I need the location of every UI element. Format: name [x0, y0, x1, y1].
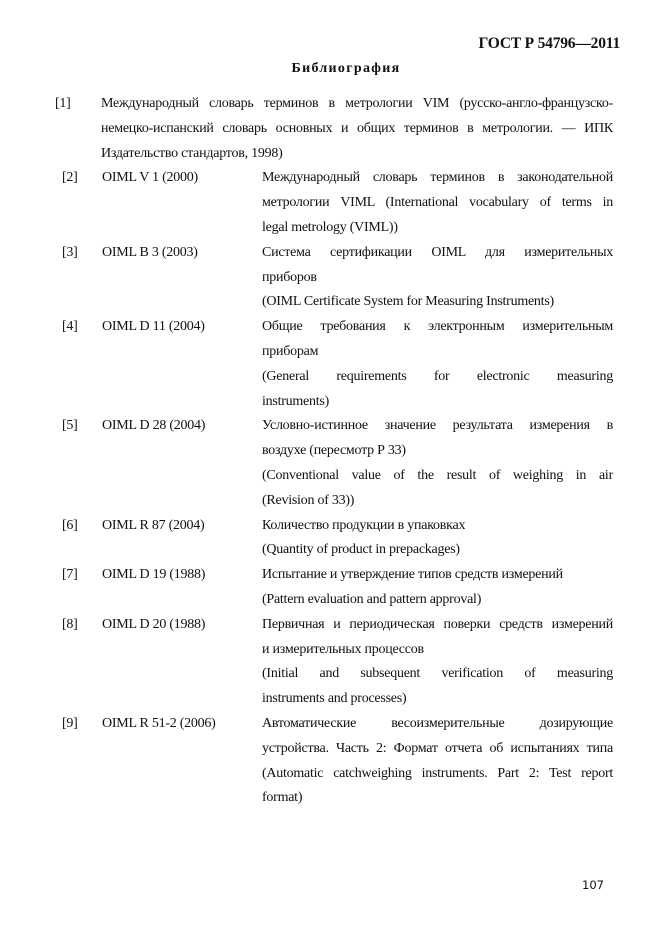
entry-line: (General requirements for electronic mea…	[262, 365, 613, 390]
entry-line: устройства. Часть 2: Формат отчета об ис…	[262, 737, 613, 762]
bibliography-entry: [3]OIML B 3 (2003)Система сертификации O…	[0, 241, 661, 315]
entry-code: OIML D 19 (1988)	[102, 563, 205, 588]
entry-line: (Pattern evaluation and pattern approval…	[262, 588, 613, 613]
entry-line: Международный словарь терминов в метроло…	[101, 92, 613, 117]
bibliography-entry: [6]OIML R 87 (2004)Количество продукции …	[0, 514, 661, 564]
entry-number: [2]	[62, 166, 78, 191]
entry-description: Испытание и утверждение типов средств из…	[262, 563, 613, 613]
entry-line: Система сертификации OIML для измеритель…	[262, 241, 613, 266]
entry-number: [5]	[62, 414, 78, 439]
entry-code: OIML V 1 (2000)	[102, 166, 198, 191]
entry-line: немецко-испанский словарь основных и общ…	[101, 117, 613, 142]
bibliography-entry: [5]OIML D 28 (2004)Условно-истинное знач…	[0, 414, 661, 513]
entry-line: instruments and processes)	[262, 687, 613, 712]
entry-line: метрологии VIML (International vocabular…	[262, 191, 613, 216]
entry-line: (Conventional value of the result of wei…	[262, 464, 613, 489]
entry-number: [1]	[55, 92, 71, 117]
page-title: Библиография	[0, 61, 661, 77]
entry-line: (Revision of 33))	[262, 489, 613, 514]
entry-number: [4]	[62, 315, 78, 340]
entry-line: (OIML Certificate System for Measuring I…	[262, 290, 613, 315]
entry-line: Автоматические весоизмерительные дозирую…	[262, 712, 613, 737]
page-number: 107	[582, 878, 604, 892]
entry-number: [9]	[62, 712, 78, 737]
bibliography-entry: [8]OIML D 20 (1988)Первичная и периодиче…	[0, 613, 661, 712]
entry-number: [6]	[62, 514, 78, 539]
entry-line: legal metrology (VIML))	[262, 216, 613, 241]
entry-number: [7]	[62, 563, 78, 588]
entry-line: Количество продукции в упаковках	[262, 514, 613, 539]
entry-code: OIML R 51-2 (2006)	[102, 712, 216, 737]
bibliography-entry: [9]OIML R 51-2 (2006)Автоматические весо…	[0, 712, 661, 811]
entry-description: Система сертификации OIML для измеритель…	[262, 241, 613, 315]
entry-line: (Initial and subsequent verification of …	[262, 662, 613, 687]
entry-line: format)	[262, 786, 613, 811]
entry-description: Международный словарь терминов в законод…	[262, 166, 613, 240]
entry-line: Общие требования к электронным измерител…	[262, 315, 613, 340]
entry-description: Количество продукции в упаковках(Quantit…	[262, 514, 613, 564]
entry-number: [3]	[62, 241, 78, 266]
entry-line: Испытание и утверждение типов средств из…	[262, 563, 613, 588]
entry-line: instruments)	[262, 390, 613, 415]
entry-code: OIML R 87 (2004)	[102, 514, 204, 539]
entry-code: OIML B 3 (2003)	[102, 241, 198, 266]
entry-description: Условно-истинное значение результата изм…	[262, 414, 613, 513]
entry-line: приборам	[262, 340, 613, 365]
bibliography-entry: [7]OIML D 19 (1988)Испытание и утвержден…	[0, 563, 661, 613]
entry-line: Международный словарь терминов в законод…	[262, 166, 613, 191]
entry-line: приборов	[262, 266, 613, 291]
standard-header: ГОСТ Р 54796—2011	[479, 35, 620, 53]
entry-code: OIML D 20 (1988)	[102, 613, 205, 638]
bibliography-entry: [2]OIML V 1 (2000)Международный словарь …	[0, 166, 661, 240]
entry-description: Первичная и периодическая поверки средст…	[262, 613, 613, 712]
entry-description: Общие требования к электронным измерител…	[262, 315, 613, 414]
entry-line: Условно-истинное значение результата изм…	[262, 414, 613, 439]
bibliography-entry: [4]OIML D 11 (2004)Общие требования к эл…	[0, 315, 661, 414]
entry-number: [8]	[62, 613, 78, 638]
entry-line: и измерительных процессов	[262, 638, 613, 663]
entry-code: OIML D 28 (2004)	[102, 414, 205, 439]
entry-line: (Quantity of product in prepackages)	[262, 538, 613, 563]
entry-line: Первичная и периодическая поверки средст…	[262, 613, 613, 638]
entry-line: Издательство стандартов, 1998)	[101, 142, 613, 167]
entry-description: Автоматические весоизмерительные дозирую…	[262, 712, 613, 811]
entry-code: OIML D 11 (2004)	[102, 315, 205, 340]
entry-description: Международный словарь терминов в метроло…	[101, 92, 613, 166]
bibliography-entry: [1]Международный словарь терминов в метр…	[0, 92, 661, 166]
entry-line: (Automatic catchweighing instruments. Pa…	[262, 762, 613, 787]
bibliography-list: [1]Международный словарь терминов в метр…	[0, 92, 661, 811]
entry-line: воздухе (пересмотр Р 33)	[262, 439, 613, 464]
